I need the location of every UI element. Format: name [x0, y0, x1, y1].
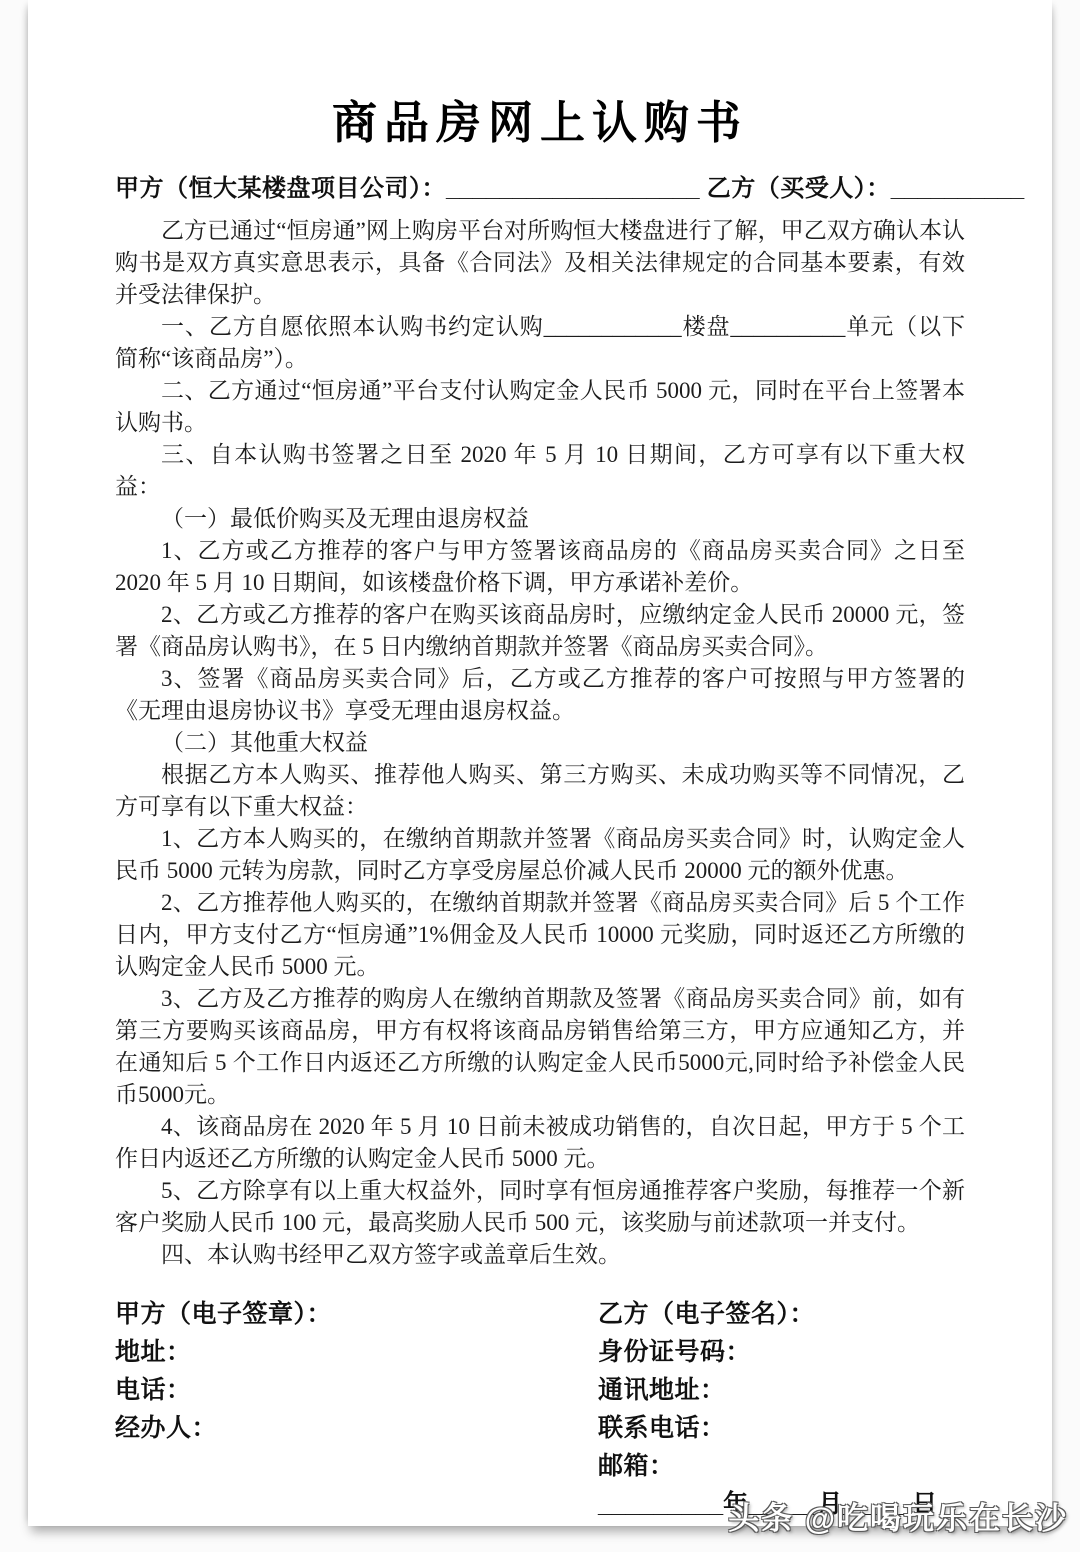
- contract-paragraph: 三、自本认购书签署之日至 2020 年 5 月 10 日期间，乙方可享有以下重大…: [115, 439, 965, 503]
- party-identification-line: 甲方（恒大某楼盘项目公司）：___________________ 乙方（买受人…: [115, 171, 965, 207]
- contract-body: 乙方已通过“恒房通”网上购房平台对所购恒大楼盘进行了解，甲乙双方确认本认购书是双…: [115, 215, 965, 1271]
- party-a-signature-column: 甲方（电子签章）： 地址： 电话： 经办人：: [115, 1295, 598, 1523]
- party-a-blank-line: ___________________: [446, 175, 700, 202]
- contract-paragraph: （二）其他重大权益: [115, 727, 965, 759]
- contract-paragraph: 3、乙方及乙方推荐的购房人在缴纳首期款及签署《商品房买卖合同》前，如有第三方要购…: [115, 983, 965, 1111]
- party-a-signature-field-label: 甲方（电子签章）：: [115, 1295, 598, 1333]
- party-b-signature-field-label: 通讯地址：: [598, 1371, 965, 1409]
- party-b-signature-column: 乙方（电子签名）： 身份证号码： 通讯地址： 联系电话： 邮箱： _______…: [598, 1295, 965, 1523]
- contract-paragraph: 2、乙方推荐他人购买的，在缴纳首期款并签署《商品房买卖合同》后 5 个工作日内，…: [115, 887, 965, 983]
- party-b-signature-field-label: 身份证号码：: [598, 1333, 965, 1371]
- contract-paragraph: 1、乙方本人购买的，在缴纳首期款并签署《商品房买卖合同》时，认购定金人民币 50…: [115, 823, 965, 887]
- party-b-signature-field-label: 邮箱：: [598, 1447, 965, 1485]
- document-title: 商品房网上认购书: [115, 86, 965, 151]
- party-a-label: 甲方（恒大某楼盘项目公司）：: [115, 175, 446, 202]
- contract-paragraph: （一）最低价购买及无理由退房权益: [115, 503, 965, 535]
- contract-paragraph: 二、乙方通过“恒房通”平台支付认购定金人民币 5000 元，同时在平台上签署本认…: [115, 375, 965, 439]
- party-a-signature-field-label: 电话：: [115, 1371, 598, 1409]
- contract-paragraph: 一、乙方自愿依照本认购书约定认购____________楼盘__________…: [115, 311, 965, 375]
- contract-paragraph: 2、乙方或乙方推荐的客户在购买该商品房时，应缴纳定金人民币 20000 元，签署…: [115, 599, 965, 663]
- party-a-signature-field-label: 地址：: [115, 1333, 598, 1371]
- contract-paragraph: 1、乙方或乙方推荐的客户与甲方签署该商品房的《商品房买卖合同》之日至 2020 …: [115, 535, 965, 599]
- party-b-signature-field-label: 乙方（电子签名）：: [598, 1295, 965, 1333]
- contract-paragraph: 4、该商品房在 2020 年 5 月 10 日前未被成功销售的，自次日起，甲方于…: [115, 1111, 965, 1175]
- contract-paragraph: 5、乙方除享有以上重大权益外，同时享有恒房通推荐客户奖励，每推荐一个新客户奖励人…: [115, 1175, 965, 1239]
- party-b-label: 乙方（买受人）：: [700, 175, 891, 202]
- party-a-signature-field-label: 经办人：: [115, 1409, 598, 1447]
- party-b-signature-fields: 乙方（电子签名）： 身份证号码： 通讯地址： 联系电话： 邮箱：: [598, 1295, 965, 1485]
- party-b-signature-field-label: 联系电话：: [598, 1409, 965, 1447]
- contract-paragraph: 3、签署《商品房买卖合同》后，乙方或乙方推荐的客户可按照与甲方签署的《无理由退房…: [115, 663, 965, 727]
- contract-document-page: 商品房网上认购书 甲方（恒大某楼盘项目公司）：_________________…: [28, 0, 1052, 1526]
- watermark-text: 头条 @吃喝玩乐在长沙: [728, 1493, 1068, 1538]
- signature-block: 甲方（电子签章）： 地址： 电话： 经办人： 乙方（电子签名）： 身份证号码： …: [115, 1295, 965, 1523]
- contract-paragraph: 乙方已通过“恒房通”网上购房平台对所购恒大楼盘进行了解，甲乙双方确认本认购书是双…: [115, 215, 965, 311]
- contract-paragraph: 四、本认购书经甲乙双方签字或盖章后生效。: [115, 1239, 965, 1271]
- party-b-blank-line: __________: [891, 175, 1024, 202]
- contract-paragraph: 根据乙方本人购买、推荐他人购买、第三方购买、未成功购买等不同情况，乙方可享有以下…: [115, 759, 965, 823]
